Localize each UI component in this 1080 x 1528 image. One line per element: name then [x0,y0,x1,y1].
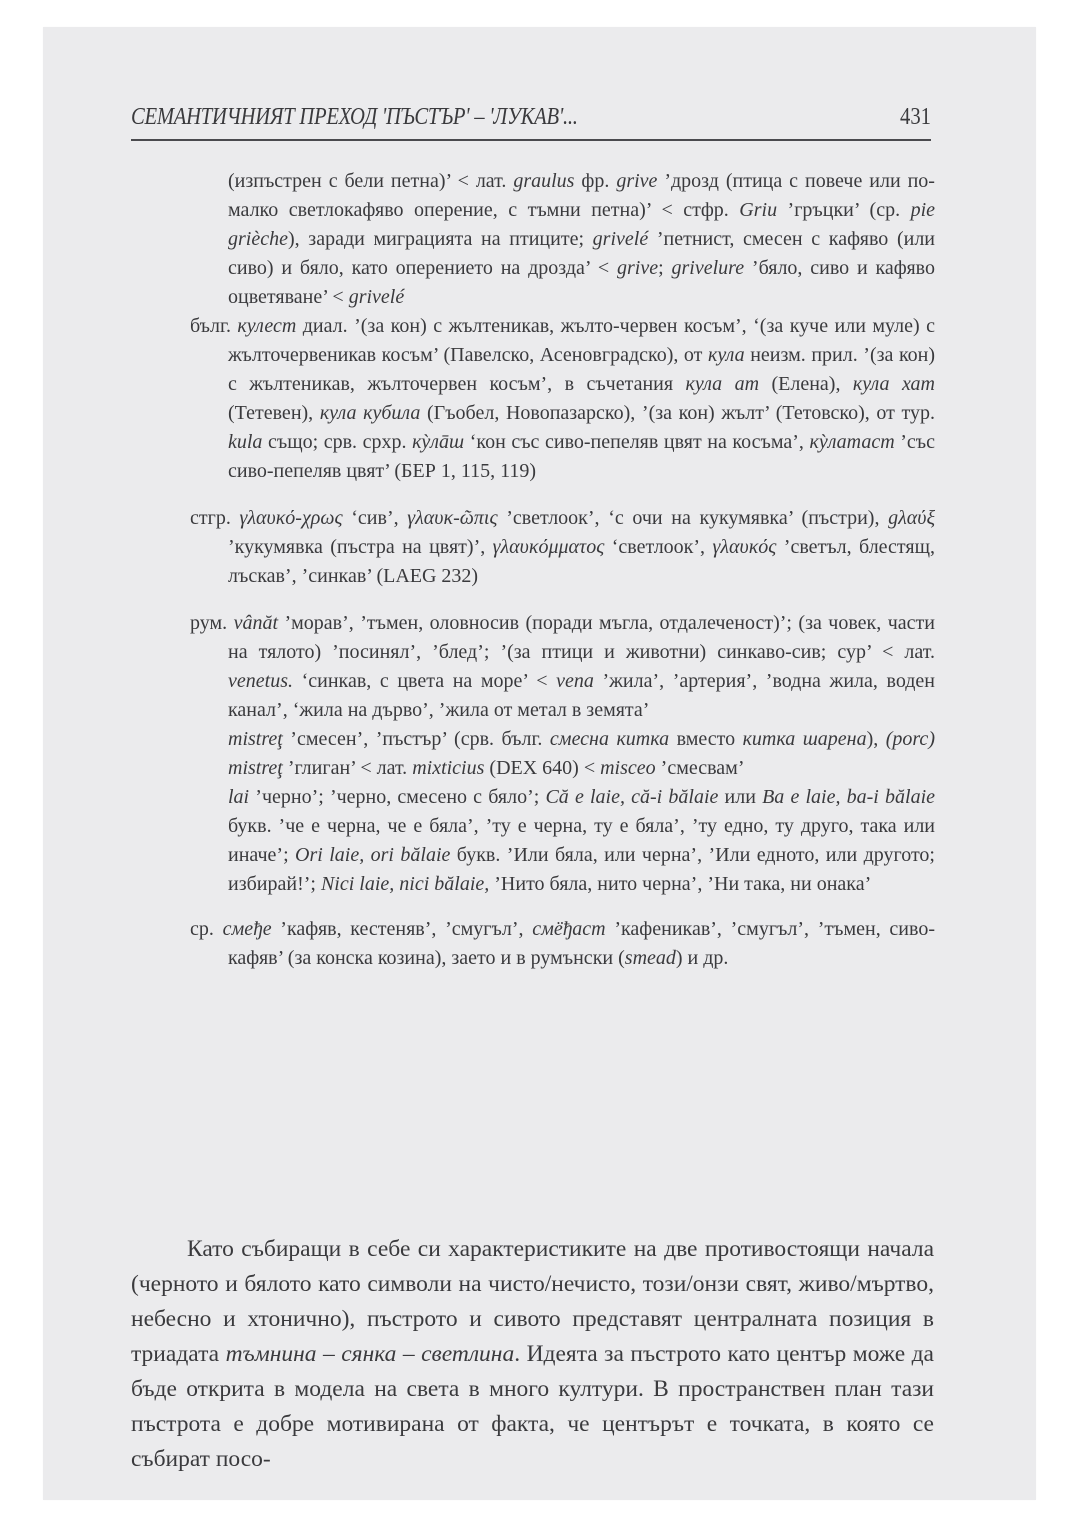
page-number: 431 [900,104,931,131]
italic-term: vânăt [234,612,278,634]
italic-term: кула ат [686,373,760,395]
text-run: ’глиган’ < лат. [283,757,412,779]
spacer [190,486,935,504]
text-run: ) и др. [676,947,729,969]
text-run: ; [658,257,671,279]
text-run: (Гъобел, Новопазарско), ’(за кон) жълт’ … [420,402,935,424]
italic-term: grivelé [349,286,405,308]
italic-term: lai [228,786,249,808]
text-run: ’черно’; ’черно, смесено с бяло’; [249,786,545,808]
text-run: (Тетевен), [228,402,320,424]
italic-term: mixticius [412,757,484,779]
italic-term: grivelé [593,228,649,250]
text-run: ’гръцки’ (ср. [777,199,911,221]
italic-term: Că e laie, că-i bălaie [545,786,718,808]
running-title: СЕМАНТИЧНИЯТ ПРЕХОД 'ПЪСТЪР' – 'ЛУКАВ'..… [131,104,578,131]
italic-term: кỳлатаст [809,431,894,453]
spacer [190,591,935,609]
text-run: ’светлоок’, ‘с очи на кукумявка’ (пъстри… [498,507,889,529]
entry-bg-kulest: бълг. кулест диал. ’(за кон) с жълтеника… [190,312,935,486]
text-run: рум. [190,612,234,634]
text-run: също; срв. срхр. [262,431,412,453]
italic-term: γλαυκόμματος [493,536,605,558]
italic-term: venetus. [228,670,293,692]
body-paragraph: Като събиращи в себе си характеристиките… [131,1232,934,1477]
entry-ro-vanat: рум. vânăt ’морав’, ’тъмен, оловносив (п… [190,609,935,725]
italic-term: китка шарена [743,728,867,750]
italic-term: misceo [600,757,656,779]
text-run: фр. [574,170,616,192]
italic-term: Ba e laie, ba-i bălaie [762,786,935,808]
text-run: ’Нито бяла, нито черна’, ’Ни така, ни он… [489,873,871,895]
text-run: (Елена), [759,373,853,395]
italic-term: тъмнина – сянка – светлина [226,1341,515,1367]
italic-term: grivelure [672,257,745,279]
text-run: или [718,786,762,808]
italic-term: Nici laie, nici bălaie, [321,873,489,895]
text-run: ‘синкав, с цвета на море’ < [293,670,556,692]
entry-ro-lai: lai ’черно’; ’черно, смесено с бяло’; Că… [190,783,935,899]
italic-term: Ori laie, ori bălaie [295,844,450,866]
italic-term: grive [617,257,658,279]
italic-term: кула [708,344,745,366]
italic-term: graulus [513,170,574,192]
text-run: ‘кон със сиво-пепеляв цвят на косъма’, [464,431,809,453]
italic-term: смёђаст [532,918,605,940]
italic-term: smead [625,947,676,969]
etymology-list: (изпъстрен с бели петна)’ < лат. graulus… [190,167,935,973]
text-run: ’смесвам’ [656,757,745,779]
text-run: (DEX 640) < [484,757,600,779]
text-run: бълг. [190,315,237,337]
italic-term: gλαύξ [888,507,935,529]
text-run: ’морав’, ’тъмен, оловносив (поради мъгла… [228,612,935,663]
italic-term: Griu [739,199,777,221]
italic-term: kula [228,431,262,453]
running-head: СЕМАНТИЧНИЯТ ПРЕХОД 'ПЪСТЪР' – 'ЛУКАВ'..… [131,104,931,134]
italic-term: смесна китка [550,728,669,750]
text-run: ‘сив’, [343,507,408,529]
italic-term: vena [556,670,594,692]
entry-sr-smedje: ср. смеђе ’кафяв, кестеняв’, ’смугъл’, с… [190,915,935,973]
italic-term: γλαυκ-ῶπις [407,507,497,529]
italic-term: кỳлāш [412,431,464,453]
text-run: ср. [190,918,223,940]
text-run: вместо [669,728,742,750]
italic-term: γλαυκός [712,536,776,558]
text-run: ’кафяв, кестеняв’, ’смугъл’, [272,918,533,940]
italic-term: кула хат [853,373,935,395]
entry-fr-grive: (изпъстрен с бели петна)’ < лат. graulus… [190,167,935,312]
text-run: стгр. [190,507,239,529]
italic-term: grive [616,170,657,192]
entry-grc-glauko: стгр. γλαυκό-χρως ‘сив’, γλαυκ-ῶπις ’све… [190,504,935,591]
text-run: (изпъстрен с бели петна)’ < лат. [228,170,513,192]
spacer [190,899,935,915]
text-run: ’кукумявка (пъстра на цвят)’, [228,536,493,558]
header-rule [131,139,931,141]
text-run: ), [867,728,886,750]
text-run: ), заради миграцията на птиците; [288,228,593,250]
text-run: ‘светлоок’, [604,536,712,558]
italic-term: кула кубила [320,402,421,424]
italic-term: кулест [237,315,296,337]
italic-term: γλαυκό-χρως [239,507,342,529]
entry-ro-mistret: mistreţ ’смесен’, ’пъстър’ (срв. бълг. с… [190,725,935,783]
italic-term: mistreţ [228,728,283,750]
text-run: ’смесен’, ’пъстър’ (срв. бълг. [283,728,550,750]
italic-term: смеђе [223,918,272,940]
